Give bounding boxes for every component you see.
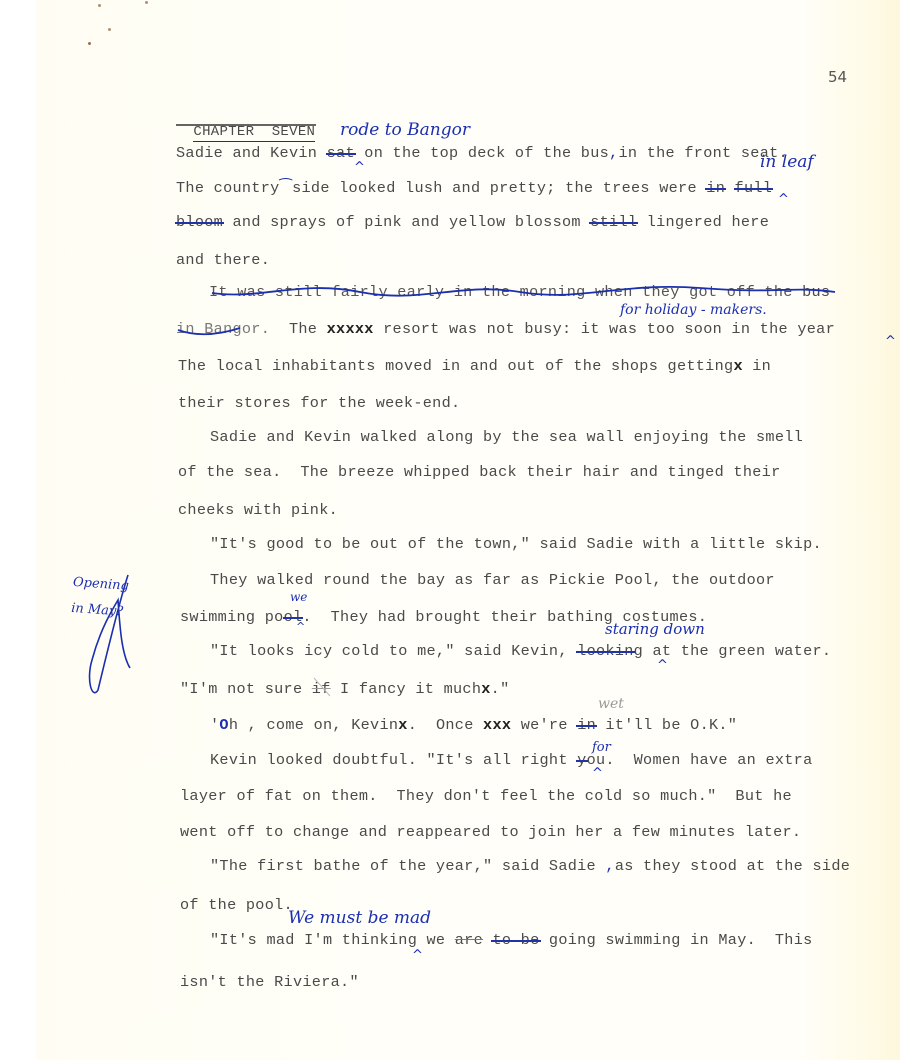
insert-caret: ^ [296,620,305,633]
margin-note-opening-in-may: Opening in May? [70,570,133,626]
page-number: 54 [828,68,847,86]
text-line: Sadie and Kevin sat on the top deck of t… [176,144,788,162]
text-line: "It's mad I'm thinking we are to be goin… [210,931,813,949]
paper-speck [108,28,111,31]
chapter-heading-text: CHAPTER SEVEN [193,124,315,142]
text-line: of the pool. [180,896,293,914]
text-line: The local inhabitants moved in and out o… [178,357,771,375]
text-line: "It looks icy cold to me," said Kevin, l… [210,642,831,660]
text-line: 'Oh , come on, Kevinx. Once xxx we're in… [210,716,737,734]
paper-speck [145,1,148,4]
paper-speck [88,42,91,45]
insert-caret: ^ [354,160,365,175]
chapter-heading: CHAPTER SEVEN [176,108,315,140]
text-line: cheeks with pink. [178,501,338,519]
text-line: "It's good to be out of the town," said … [210,535,822,553]
paper-speck [98,4,101,7]
insert-caret: ^ [412,948,423,963]
insert-caret: ^ [885,334,896,349]
handwritten-insert-we-must-be-mad: We must be mad [288,908,431,928]
handwritten-insert-in-leaf: in leaf [760,152,814,172]
text-line: "I'm not sure if I fancy it muchx." [180,680,510,698]
pencil-insert-wet: wet [598,696,624,712]
insert-caret: ^ [657,658,668,673]
insert-caret: ^ [592,766,603,781]
text-line: Sadie and Kevin walked along by the sea … [210,428,803,446]
text-line: isn't the Riviera." [180,973,359,991]
text-line: bloom and sprays of pink and yellow blos… [176,213,769,231]
insert-caret: ^ [778,192,789,207]
text-line: They walked round the bay as far as Pick… [210,571,775,589]
text-line: in Bangor. The xxxxx resort was not busy… [176,320,835,338]
text-line: It was still fairly early in the morning… [209,283,830,301]
text-line: their stores for the week-end. [178,394,460,412]
text-line: layer of fat on them. They don't feel th… [180,787,792,805]
text-line: and there. [176,251,270,269]
handwritten-insert-we: we [290,590,307,604]
handwritten-insert-holiday-makers: for holiday - makers. [620,302,767,318]
text-line: The country⁀side looked lush and pretty;… [176,178,772,197]
text-line: went off to change and reappeared to joi… [180,823,801,841]
text-line: "The first bathe of the year," said Sadi… [210,857,850,875]
struck-text: sat [327,144,355,162]
handwritten-insert-rode-to-bangor: rode to Bangor [340,120,470,140]
handwritten-insert-staring-down: staring down [605,620,705,638]
text-line: Kevin looked doubtful. "It's all right y… [210,751,813,769]
text-line: of the sea. The breeze whipped back thei… [178,463,781,481]
handwritten-insert-for: for [592,740,611,755]
